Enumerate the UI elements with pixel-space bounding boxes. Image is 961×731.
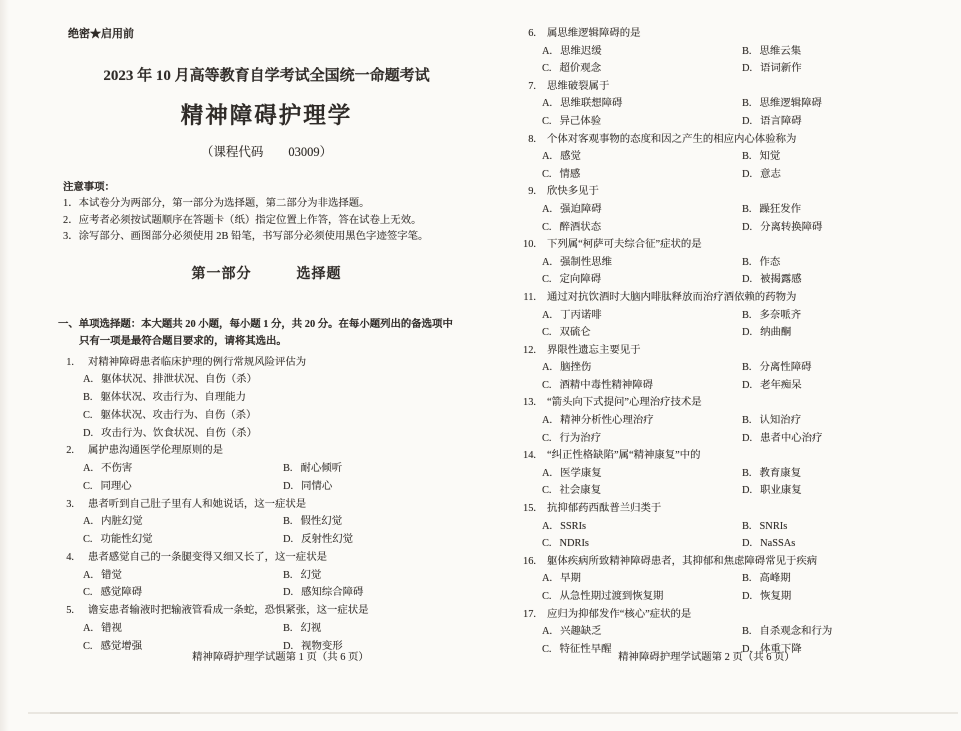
option-b: B.思维云集 [742,43,937,61]
instruction-line: 只有一项是最符合题目要求的，请将其选出。 [58,333,475,351]
question-number: 8. [520,131,536,149]
option-text: NaSSAs [760,538,795,549]
option-text: 感觉障碍 [101,587,143,598]
option-label: A. [83,374,93,385]
option-text: 同情心 [301,481,332,492]
option-text: 思维联想障碍 [560,98,622,109]
option-b: B.高峰期 [742,570,937,588]
option-text: 意志 [760,169,781,180]
option-text: 强制性思维 [560,257,612,268]
option-text: 医学康复 [560,468,602,479]
question-stem: 抗抑郁药西酞普兰归类于 [547,500,937,518]
option-text: 精神分析性心理治疗 [560,415,654,426]
question-options: A.脑挫伤 B.分离性障碍 C.酒精中毒性精神障碍 D.老年痴呆 [542,359,937,394]
option-label: A. [542,573,552,584]
option-text: 恢复期 [760,591,791,602]
option-d: D.同情心 [283,478,475,496]
option-label: D. [283,587,293,598]
scanned-exam-paper: { "classification": "绝密★启用前", "header": … [0,0,961,731]
option-text: 患者中心治疗 [760,433,822,444]
option-text: 高峰期 [760,573,791,584]
option-text: 躁狂发作 [760,204,802,215]
option-text: SNRIs [760,521,788,532]
option-text: 行为治疗 [560,433,602,444]
option-d: D.语词新作 [742,60,937,78]
option-label: C. [542,222,552,233]
option-text: 语言障碍 [760,116,802,127]
option-text: 教育康复 [760,468,802,479]
question-options: A.精神分析性心理治疗 B.认知治疗 C.行为治疗 D.患者中心治疗 [542,412,937,447]
question-stem: 属护患沟通医学伦理原则的是 [88,442,475,460]
question: 2. 属护患沟通医学伦理原则的是 A.不伤害 B.耐心倾听 C.同理心 D.同情… [58,442,475,495]
question-number: 11. [520,289,536,307]
option-text: 假性幻觉 [301,516,343,527]
option-text: 被揭露感 [760,274,802,285]
option-text: 社会康复 [560,485,602,496]
option-label: C. [542,380,552,391]
question: 9. 欣快多见于 A.强迫障碍 B.躁狂发作 C.醉酒状态 D.分离转换障碍 [520,183,937,236]
option-text: 耐心倾听 [301,463,343,474]
option-label: C. [542,327,552,338]
option-a: A.不伤害 [83,460,283,478]
option-label: D. [742,63,752,74]
question-options: A.强制性思维 B.作态 C.定向障碍 D.被揭露感 [542,254,937,289]
option-c: C.超价观念 [542,60,742,78]
option-text: 分离转换障碍 [760,222,822,233]
option-text: 功能性幻觉 [101,534,153,545]
option-text: 幻视 [301,623,322,634]
option-text: 感知综合障碍 [301,587,363,598]
section-instruction: 一、单项选择题：本大题共 20 小题，每小题 1 分，共 20 分。在每小题列出… [58,316,475,351]
option-text: 知觉 [760,151,781,162]
option-d: D.语言障碍 [742,113,937,131]
question-number: 12. [520,342,536,360]
question-number: 10. [520,236,536,254]
option-text: 躯体状况、攻击行为、自理能力 [101,392,246,403]
page-2: 6. 属思维逻辑障碍的是 A.思维迟缓 B.思维云集 C.超价观念 D.语词新作… [520,0,937,731]
option-label: A. [542,626,552,637]
option-text: SSRIs [560,521,586,532]
option-text: 双硫仑 [560,327,591,338]
option-b: B.教育康复 [742,465,937,483]
question-options: A.思维迟缓 B.思维云集 C.超价观念 D.语词新作 [542,43,937,78]
question-number: 13. [520,394,536,412]
option-text: 思维逻辑障碍 [760,98,822,109]
question-options: A.早期 B.高峰期 C.从急性期过渡到恢复期 D.恢复期 [542,570,937,605]
option-a: A.SSRIs [542,518,742,536]
question: 1. 对精神障碍患者临床护理的例行常规风险评估为 A.躯体状况、排泄状况、自伤（… [58,354,475,443]
question-stem: 个体对客观事物的态度和因之产生的相应内心体验称为 [547,131,937,149]
question-number: 3. [58,496,74,514]
option-text: 从急性期过渡到恢复期 [560,591,664,602]
option-label: A. [542,204,552,215]
option-b: B.知觉 [742,148,937,166]
option-label: C. [542,433,552,444]
option-c: C.躯体状况、攻击行为、自伤（杀） [83,407,475,425]
option-a: A.思维迟缓 [542,43,742,61]
questions-right-column: 6. 属思维逻辑障碍的是 A.思维迟缓 B.思维云集 C.超价观念 D.语词新作… [520,25,937,658]
option-a: A.丁丙诺啡 [542,307,742,325]
option-b: B.躯体状况、攻击行为、自理能力 [83,389,475,407]
option-c: C.社会康复 [542,482,742,500]
option-label: B. [283,463,293,474]
question-stem: “纠正性格缺陷”属“精神康复”中的 [547,447,937,465]
question-number: 9. [520,183,536,201]
option-label: C. [542,63,552,74]
question-number: 1. [58,354,74,372]
question: 11. 通过对抗饮酒时大脑内啡肽释放而治疗酒依赖的药物为 A.丁丙诺啡 B.多奈… [520,289,937,342]
question-stem: 下列属“柯萨可夫综合征”症状的是 [547,236,937,254]
notice-item: 2．应考者必须按试题顺序在答题卡（纸）指定位置上作答，答在试卷上无效。 [63,213,475,229]
question: 7. 思维破裂属于 A.思维联想障碍 B.思维逻辑障碍 C.异己体验 D.语言障… [520,78,937,131]
page-footer: 精神障碍护理学试题第 1 页（共 6 页） [72,648,489,663]
question-number: 6. [520,25,536,43]
option-a: A.医学康复 [542,465,742,483]
option-a: A.强制性思维 [542,254,742,272]
option-c: C.酒精中毒性精神障碍 [542,377,742,395]
option-c: C.同理心 [83,478,283,496]
option-b: B.作态 [742,254,937,272]
option-d: D.反射性幻觉 [283,531,475,549]
question-number: 5. [58,602,74,620]
option-b: B.假性幻觉 [283,513,475,531]
section-title: 第一部分 选择题 [58,263,475,283]
option-a: A.思维联想障碍 [542,95,742,113]
question-number: 14. [520,447,536,465]
option-label: D. [742,222,752,233]
question-number: 2. [58,442,74,460]
option-d: D.感知综合障碍 [283,584,475,602]
option-c: C.情感 [542,166,742,184]
option-text: 感觉 [560,151,581,162]
option-label: B. [742,573,752,584]
question-stem: “箭头向下式提问”心理治疗技术是 [547,394,937,412]
option-d: D.老年痴呆 [742,377,937,395]
option-label: D. [283,481,293,492]
option-d: D.意志 [742,166,937,184]
option-label: A. [542,415,552,426]
option-text: 幻觉 [301,570,322,581]
option-c: C.异己体验 [542,113,742,131]
question-number: 16. [520,553,536,571]
option-label: A. [83,463,93,474]
option-label: B. [742,151,752,162]
question-options: A.SSRIs B.SNRIs C.NDRIs D.NaSSAs [542,518,937,553]
option-c: C.功能性幻觉 [83,531,283,549]
option-text: 作态 [760,257,781,268]
page-1: 绝密★启用前 2023 年 10 月高等教育自学考试全国统一命题考试 精神障碍护… [58,0,475,731]
question-stem: 欣快多见于 [547,183,937,201]
option-label: D. [742,274,752,285]
option-label: B. [742,415,752,426]
option-label: C. [542,591,552,602]
question-number: 4. [58,549,74,567]
question: 14. “纠正性格缺陷”属“精神康复”中的 A.医学康复 B.教育康复 C.社会… [520,447,937,500]
option-label: D. [742,433,752,444]
option-a: A.躯体状况、排泄状况、自伤（杀） [83,371,475,389]
option-label: B. [742,521,752,532]
option-b: B.多奈哌齐 [742,307,937,325]
option-label: A. [542,362,552,373]
option-text: 分离性障碍 [760,362,812,373]
option-label: D. [742,485,752,496]
question-options: A.强迫障碍 B.躁狂发作 C.醉酒状态 D.分离转换障碍 [542,201,937,236]
option-d: D.攻击行为、饮食状况、自伤（杀） [83,425,475,443]
option-c: C.定向障碍 [542,271,742,289]
option-label: A. [542,46,552,57]
option-label: D. [742,591,752,602]
option-label: C. [542,538,552,549]
option-d: D.分离转换障碍 [742,219,937,237]
option-d: D.职业康复 [742,482,937,500]
question-number: 15. [520,500,536,518]
question-stem: 躯体疾病所致精神障碍患者，其抑郁和焦虑障碍常见于疾病 [547,553,937,571]
option-text: 不伤害 [101,463,132,474]
option-text: 超价观念 [560,63,602,74]
notice-item: 1．本试卷分为两部分，第一部分为选择题，第二部分为非选择题。 [63,196,475,212]
option-b: B.幻觉 [283,567,475,585]
option-a: A.脑挫伤 [542,359,742,377]
option-b: B.思维逻辑障碍 [742,95,937,113]
question-stem: 属思维逻辑障碍的是 [547,25,937,43]
option-label: B. [83,392,93,403]
option-b: B.认知治疗 [742,412,937,430]
option-b: B.分离性障碍 [742,359,937,377]
option-b: B.耐心倾听 [283,460,475,478]
questions-left-column: 1. 对精神障碍患者临床护理的例行常规风险评估为 A.躯体状况、排泄状况、自伤（… [58,354,475,656]
option-text: 异己体验 [560,116,602,127]
option-label: B. [742,98,752,109]
notice-item: 3．涂写部分、画图部分必须使用 2B 铅笔，书写部分必须使用黑色字迹签字笔。 [63,229,475,245]
question-stem: 患者听到自己肚子里有人和她说话，这一症状是 [88,496,475,514]
option-text: 思维云集 [760,46,802,57]
option-b: B.躁狂发作 [742,201,937,219]
option-a: A.早期 [542,570,742,588]
option-label: A. [83,623,93,634]
option-text: 同理心 [101,481,132,492]
option-a: A.兴趣缺乏 [542,623,742,641]
question: 16. 躯体疾病所致精神障碍患者，其抑郁和焦虑障碍常见于疾病 A.早期 B.高峰… [520,553,937,606]
option-b: B.幻视 [283,620,475,638]
classification-label: 绝密★启用前 [68,25,475,41]
option-label: D. [742,169,752,180]
option-text: 定向障碍 [560,274,602,285]
option-label: C. [83,410,93,421]
option-c: C.感觉障碍 [83,584,283,602]
notices-title: 注意事项： [63,180,475,196]
option-label: B. [283,570,293,581]
option-text: 脑挫伤 [560,362,591,373]
course-code: （课程代码 03009） [58,142,475,160]
option-d: D.纳曲酮 [742,324,937,342]
notices-block: 注意事项： 1．本试卷分为两部分，第一部分为选择题，第二部分为非选择题。 2．应… [63,180,475,246]
question-options: A.不伤害 B.耐心倾听 C.同理心 D.同情心 [83,460,475,496]
question-stem: 对精神障碍患者临床护理的例行常规风险评估为 [88,354,475,372]
question: 15. 抗抑郁药西酞普兰归类于 A.SSRIs B.SNRIs C.NDRIs … [520,500,937,553]
exam-session-title: 2023 年 10 月高等教育自学考试全国统一命题考试 [58,64,475,85]
question-stem: 界限性遗忘主要见于 [547,342,937,360]
option-label: A. [542,468,552,479]
option-b: B.自杀观念和行为 [742,623,937,641]
option-label: B. [742,310,752,321]
question-options: A.思维联想障碍 B.思维逻辑障碍 C.异己体验 D.语言障碍 [542,95,937,130]
question-number: 7. [520,78,536,96]
option-label: D. [742,327,752,338]
option-label: D. [742,116,752,127]
option-text: 攻击行为、饮食状况、自伤（杀） [101,428,257,439]
question-options: A.内脏幻觉 B.假性幻觉 C.功能性幻觉 D.反射性幻觉 [83,513,475,549]
question-options: A.感觉 B.知觉 C.情感 D.意志 [542,148,937,183]
option-label: C. [542,485,552,496]
question-stem: 思维破裂属于 [547,78,937,96]
question-stem: 应归为抑郁发作“核心”症状的是 [547,606,937,624]
option-label: C. [542,169,552,180]
option-b: B.SNRIs [742,518,937,536]
option-label: A. [542,98,552,109]
instruction-line: 一、单项选择题：本大题共 20 小题，每小题 1 分，共 20 分。在每小题列出… [58,316,475,334]
option-a: A.强迫障碍 [542,201,742,219]
option-c: C.从急性期过渡到恢复期 [542,588,742,606]
option-text: 情感 [560,169,581,180]
option-text: 反射性幻觉 [301,534,353,545]
question-options: A.医学康复 B.教育康复 C.社会康复 D.职业康复 [542,465,937,500]
option-text: 自杀观念和行为 [760,626,833,637]
option-text: 强迫障碍 [560,204,602,215]
option-text: 多奈哌齐 [760,310,802,321]
question: 4. 患者感觉自己的一条腿变得又细又长了，这一症状是 A.错觉 B.幻觉 C.感… [58,549,475,602]
question-stem: 患者感觉自己的一条腿变得又细又长了，这一症状是 [88,549,475,567]
question-stem: 谵妄患者输液时把输液管看成一条蛇，恐惧紧张，这一症状是 [88,602,475,620]
option-text: 认知治疗 [760,415,802,426]
option-d: D.患者中心治疗 [742,430,937,448]
option-text: 酒精中毒性精神障碍 [560,380,654,391]
option-text: 早期 [560,573,581,584]
question: 10. 下列属“柯萨可夫综合征”症状的是 A.强制性思维 B.作态 C.定向障碍… [520,236,937,289]
option-text: 老年痴呆 [760,380,802,391]
question-options: A.躯体状况、排泄状况、自伤（杀） B.躯体状况、攻击行为、自理能力 C.躯体状… [83,371,475,442]
question: 8. 个体对客观事物的态度和因之产生的相应内心体验称为 A.感觉 B.知觉 C.… [520,131,937,184]
scan-page-edge [0,0,9,731]
option-d: D.被揭露感 [742,271,937,289]
option-c: C.行为治疗 [542,430,742,448]
option-c: C.NDRIs [542,535,742,553]
option-label: C. [542,116,552,127]
option-label: B. [742,626,752,637]
option-text: 躯体状况、排泄状况、自伤（杀） [101,374,257,385]
question-number: 17. [520,606,536,624]
option-label: C. [83,481,93,492]
option-label: A. [542,521,552,532]
option-d: D.NaSSAs [742,535,937,553]
option-text: 醉酒状态 [560,222,602,233]
option-label: B. [283,516,293,527]
option-label: B. [742,204,752,215]
option-label: A. [542,257,552,268]
option-a: A.感觉 [542,148,742,166]
subject-title: 精神障碍护理学 [58,98,475,130]
option-label: C. [83,534,93,545]
option-text: 丁丙诺啡 [560,310,602,321]
option-text: 错视 [101,623,122,634]
question: 3. 患者听到自己肚子里有人和她说话，这一症状是 A.内脏幻觉 B.假性幻觉 C… [58,496,475,549]
option-c: C.双硫仑 [542,324,742,342]
option-label: D. [83,428,93,439]
option-label: B. [742,362,752,373]
option-label: A. [542,310,552,321]
option-a: A.错觉 [83,567,283,585]
option-label: B. [742,468,752,479]
option-label: D. [742,538,752,549]
option-text: 兴趣缺乏 [560,626,602,637]
question: 13. “箭头向下式提问”心理治疗技术是 A.精神分析性心理治疗 B.认知治疗 … [520,394,937,447]
option-label: C. [542,274,552,285]
option-label: D. [283,534,293,545]
question-stem: 通过对抗饮酒时大脑内啡肽释放而治疗酒依赖的药物为 [547,289,937,307]
question-options: A.丁丙诺啡 B.多奈哌齐 C.双硫仑 D.纳曲酮 [542,307,937,342]
option-text: 内脏幻觉 [101,516,143,527]
option-a: A.内脏幻觉 [83,513,283,531]
page-footer: 精神障碍护理学试题第 2 页（共 6 页） [498,648,915,663]
option-label: B. [742,257,752,268]
option-text: NDRIs [560,538,589,549]
question: 12. 界限性遗忘主要见于 A.脑挫伤 B.分离性障碍 C.酒精中毒性精神障碍 … [520,342,937,395]
option-text: 职业康复 [760,485,802,496]
option-label: A. [542,151,552,162]
option-text: 错觉 [101,570,122,581]
option-a: A.精神分析性心理治疗 [542,412,742,430]
option-c: C.醉酒状态 [542,219,742,237]
option-text: 躯体状况、攻击行为、自伤（杀） [101,410,257,421]
option-label: B. [283,623,293,634]
question: 6. 属思维逻辑障碍的是 A.思维迟缓 B.思维云集 C.超价观念 D.语词新作 [520,25,937,78]
option-text: 思维迟缓 [560,46,602,57]
option-label: B. [742,46,752,57]
option-text: 纳曲酮 [760,327,791,338]
option-text: 语词新作 [760,63,802,74]
option-label: C. [83,587,93,598]
option-label: A. [83,570,93,581]
question-options: A.错觉 B.幻觉 C.感觉障碍 D.感知综合障碍 [83,567,475,603]
option-label: A. [83,516,93,527]
option-d: D.恢复期 [742,588,937,606]
option-label: D. [742,380,752,391]
option-a: A.错视 [83,620,283,638]
